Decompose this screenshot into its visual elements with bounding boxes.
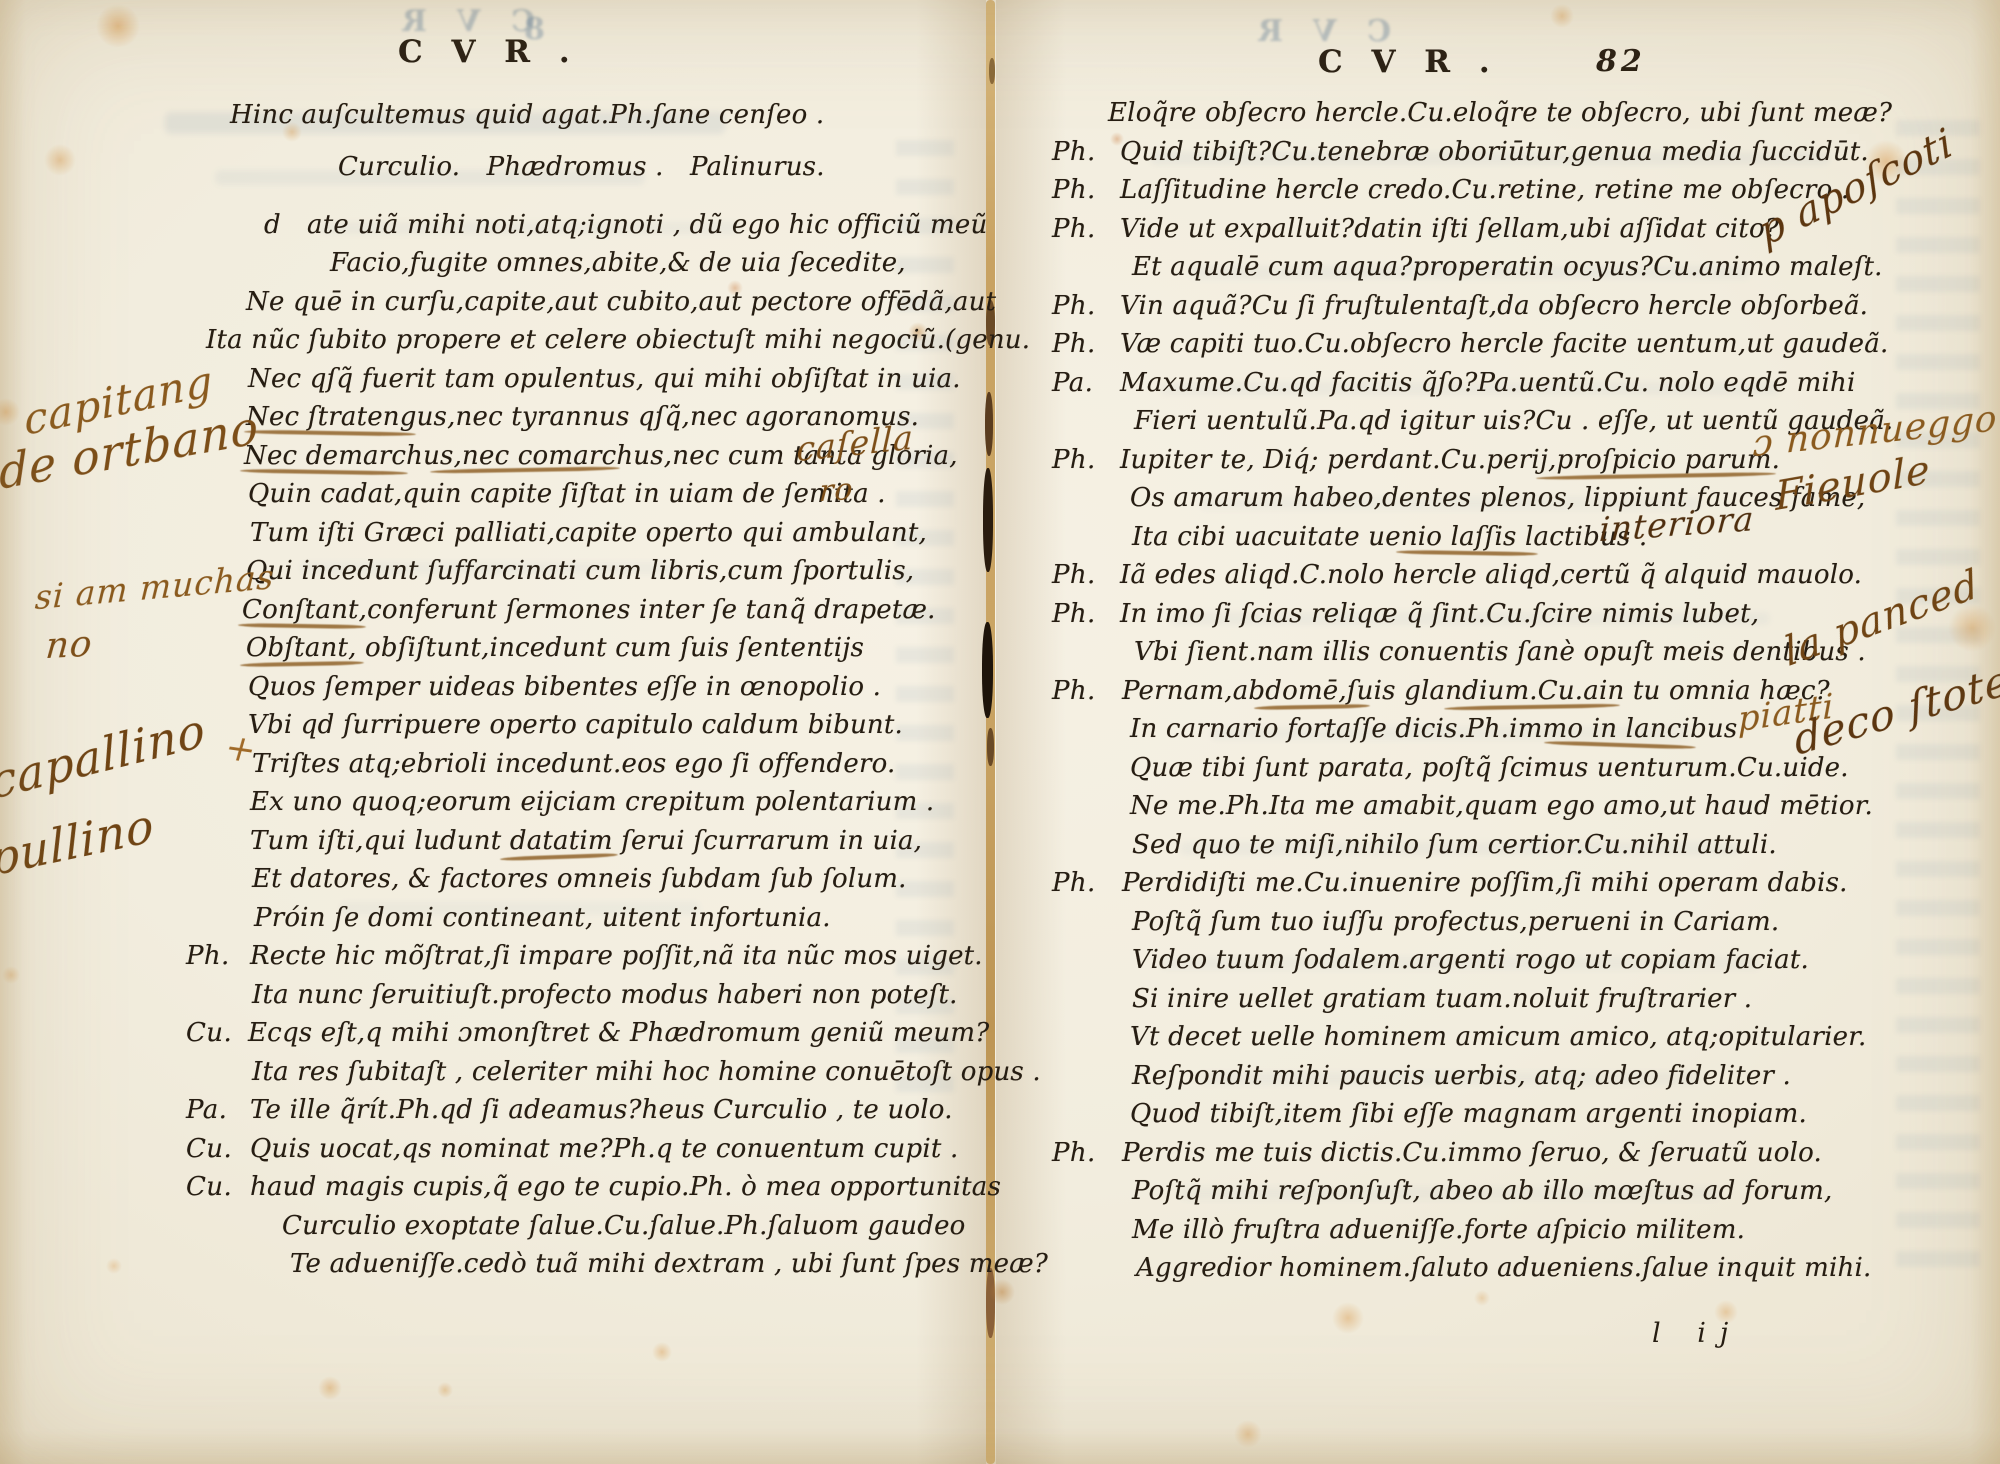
verse-line: Perdis me tuis dictis.Cu.immo ſeruo, & ſ… bbox=[1122, 1138, 1822, 1168]
verse-line: Te adueniſſe.cedò tuã mihi dextram , ubi… bbox=[290, 1249, 1048, 1279]
verse-line: Ita nunc ſeruitiuſt.profecto modus haber… bbox=[252, 980, 958, 1010]
right-running-title: C V R . bbox=[1318, 44, 1499, 80]
verse-line: Ecqs eſt,q mihi ɔmonſtret & Phædromum ge… bbox=[248, 1018, 989, 1048]
verse-line: Vbi ſient.nam illis conuentis ſanè opuſt… bbox=[1134, 637, 1866, 667]
verse-line: In carnario fortaſſe dicis.Ph.immo in la… bbox=[1130, 714, 1737, 744]
verse-line: Poſtq̃ ſum tuo iuſſu profectus,perueni i… bbox=[1132, 907, 1779, 937]
speaker-label: Cu. bbox=[186, 1172, 232, 1202]
speaker-label: Ph. bbox=[1052, 137, 1096, 167]
speaker-label: Ph. bbox=[1052, 329, 1096, 359]
verse-line: Recte hic mõſtrat,ſi impare poſſit,nã it… bbox=[250, 941, 983, 971]
speaker-label: Ph. bbox=[1052, 599, 1096, 629]
verse-line: Obſtant, obſiſtunt,incedunt cum ſuis ſen… bbox=[246, 633, 864, 663]
handwritten-annotation: capallino bbox=[0, 702, 208, 810]
gutter-stain bbox=[982, 622, 993, 718]
verse-line: Curculio. Phædromus . Palinurus. bbox=[338, 152, 825, 182]
foxing-spot bbox=[96, 4, 140, 48]
gutter-stain bbox=[985, 392, 993, 456]
verse-line: Væ capiti tuo.Cu.obſecro hercle facite u… bbox=[1120, 329, 1888, 359]
speaker-label: Ph. bbox=[1052, 291, 1096, 321]
verse-line: Eloq̃re obſecro hercle.Cu.eloq̃re te obſ… bbox=[1108, 98, 1892, 128]
verse-line: Hinc auſcultemus quid agat.Ph.ſane cenſe… bbox=[230, 100, 824, 130]
verse-line: Maxume.Cu.qd facitis q̃ſo?Pa.uentũ.Cu. n… bbox=[1120, 368, 1856, 398]
verse-line: Ita res ſubitaſt , celeriter mihi hoc ho… bbox=[252, 1057, 1041, 1087]
verse-line: Si inire uellet gratiam tuam.noluit fruſ… bbox=[1132, 984, 1752, 1014]
verse-line: In imo ſi ſcias reliqæ q̃ ſint.Cu.ſcire … bbox=[1120, 599, 1759, 629]
showthrough-header: C V R bbox=[1248, 14, 1391, 49]
foxing-spot bbox=[1474, 1290, 1490, 1306]
speaker-label: Ph. bbox=[186, 941, 230, 971]
speaker-label: Pa. bbox=[186, 1095, 227, 1125]
gutter-stain bbox=[987, 728, 994, 766]
speaker-label: Ph. bbox=[1052, 214, 1096, 244]
verse-line: Triſtes atq;ebrioli incedunt.eos ego ſi … bbox=[252, 749, 895, 779]
speaker-label: Ph. bbox=[1052, 175, 1096, 205]
handwritten-annotation: si am muchas bbox=[34, 557, 275, 617]
foxing-spot bbox=[1550, 4, 1574, 28]
verse-line: Aggredior hominem.ſaluto adueniens.ſalue… bbox=[1136, 1253, 1871, 1283]
foxing-spot bbox=[652, 1342, 672, 1362]
verse-line: Facio,fugite omnes,abite,& de uia ſecedi… bbox=[330, 248, 906, 278]
speaker-label: Ph. bbox=[1052, 560, 1096, 590]
verse-line: haud magis cupis,q̃ ego te cupio.Ph. ò m… bbox=[250, 1172, 1001, 1202]
verse-line: Quæ tibi ſunt parata, poſtq̃ ſcimus uent… bbox=[1130, 753, 1849, 783]
speaker-label: Cu. bbox=[186, 1134, 232, 1164]
verse-line: Me illò fruſtra adueniſſe.forte aſpicio … bbox=[1132, 1215, 1745, 1245]
gutter-stain bbox=[983, 468, 993, 572]
verse-line: Pernam,abdomē,ſuis glandium.Cu.ain tu om… bbox=[1122, 676, 1830, 706]
verse-line: Reſpondit mihi paucis uerbis, atq; adeo … bbox=[1132, 1061, 1791, 1091]
speaker-label: Ph. bbox=[1052, 445, 1096, 475]
handwritten-annotation: no bbox=[44, 623, 94, 667]
verse-line: Te ille q̃rít.Ph.qd ſi adeamus?heus Curc… bbox=[250, 1095, 953, 1125]
gathering-signature: l ij bbox=[1652, 1318, 1742, 1349]
verse-line: Ita cibi uacuitate uenio laſſis lactibus… bbox=[1132, 522, 1647, 552]
foxing-spot bbox=[44, 144, 76, 176]
verse-line: d ate uiã mihi noti,atq;ignoti , dũ ego … bbox=[264, 210, 987, 240]
verse-line: Vt decet uelle hominem amicum amico, atq… bbox=[1130, 1022, 1866, 1052]
foxing-spot bbox=[318, 1376, 342, 1400]
verse-line: Tum iſti Græci palliati,capite operto qu… bbox=[250, 518, 927, 548]
verse-line: Quin cadat,quin capite ſiſtat in uiam de… bbox=[248, 479, 886, 509]
verse-line: Curculio exoptate ſalue.Cu.ſalue.Ph.ſalu… bbox=[282, 1211, 966, 1241]
verse-line: Próin ſe domi contineant, uitent infortu… bbox=[254, 903, 831, 933]
verse-line: Et aqualē cum aqua?properatin ocyus?Cu.a… bbox=[1132, 252, 1883, 282]
verse-line: Quis uocat,qs nominat me?Ph.q te conuent… bbox=[250, 1134, 958, 1164]
verse-line: Iã edes aliqd.C.nolo hercle aliqd,certũ … bbox=[1120, 560, 1862, 590]
verse-line: Poſtq̃ mihi reſponſuſt, abeo ab illo mœſ… bbox=[1132, 1176, 1833, 1206]
speaker-label: Ph. bbox=[1052, 868, 1096, 898]
book-spread-photo: C V R . C V R . 82 l ij C V R8C V R Hinc… bbox=[0, 0, 2000, 1464]
verse-line: Qui incedunt ſuffarcinati cum libris,cum… bbox=[246, 556, 914, 586]
page-number: 82 bbox=[1596, 44, 1646, 79]
left-page-edge bbox=[0, 0, 26, 1464]
verse-line: Video tuum ſodalem.argenti rogo ut copia… bbox=[1132, 945, 1809, 975]
speaker-label: Ph. bbox=[1052, 676, 1096, 706]
verse-line: Vbi qd ſurripuere operto capitulo caldum… bbox=[248, 710, 903, 740]
foxing-spot bbox=[106, 1258, 122, 1274]
verse-line: Iupiter te, Diq́; perdant.Cu.perij,proſp… bbox=[1120, 445, 1780, 475]
speaker-label: Pa. bbox=[1052, 368, 1093, 398]
gutter-stain bbox=[989, 58, 995, 84]
speaker-label: Cu. bbox=[186, 1018, 232, 1048]
foxing-spot bbox=[437, 1382, 453, 1398]
speaker-label: Ph. bbox=[1052, 1138, 1096, 1168]
verse-line: Quos ſemper uideas bibentes eſſe in œnop… bbox=[248, 672, 881, 702]
verse-line: Laſſitudine hercle credo.Cu.retine, reti… bbox=[1120, 175, 1849, 205]
verse-line: Quid tibiſt?Cu.tenebræ oboriūtur,genua m… bbox=[1120, 137, 1869, 167]
handwritten-annotation: ro bbox=[818, 471, 855, 509]
verse-line: Quod tibiſt,item ſibi eſſe magnam argent… bbox=[1130, 1099, 1807, 1129]
verse-line: Sed quo te miſi,nihilo ſum certior.Cu.ni… bbox=[1132, 830, 1777, 860]
verse-line: Nec qſq̃ fuerit tam opulentus, qui mihi … bbox=[248, 364, 961, 394]
verse-line: Ex uno quoq;eorum eijciam crepitum polen… bbox=[250, 787, 934, 817]
verse-line: Et datores, & factores omneis ſubdam ſub… bbox=[252, 864, 907, 894]
verse-line: Vide ut expalluit?datin iſti ſellam,ubi … bbox=[1120, 214, 1779, 244]
verse-line: Ne me.Ph.Ita me amabit,quam ego amo,ut h… bbox=[1130, 791, 1873, 821]
verse-line: Ne quē in curſu,capite,aut cubito,aut pe… bbox=[246, 287, 996, 317]
left-running-title: C V R . bbox=[398, 34, 579, 70]
verse-line: Perdidiſti me.Cu.inuenire poſſim,ſi mihi… bbox=[1122, 868, 1848, 898]
verse-line: Tum iſti,qui ludunt datatim ſerui ſcurra… bbox=[250, 826, 922, 856]
verse-line: Ita nũc ſubito propere et celere obiectu… bbox=[206, 325, 1030, 355]
foxing-spot bbox=[1332, 1302, 1364, 1334]
showthrough-header: 8 bbox=[514, 12, 545, 47]
verse-line: Conſtant,conferunt ſermones inter ſe tan… bbox=[242, 595, 936, 625]
verse-line: Vin aquã?Cu ſi fruſtulentaſt,da obſecro … bbox=[1120, 291, 1868, 321]
